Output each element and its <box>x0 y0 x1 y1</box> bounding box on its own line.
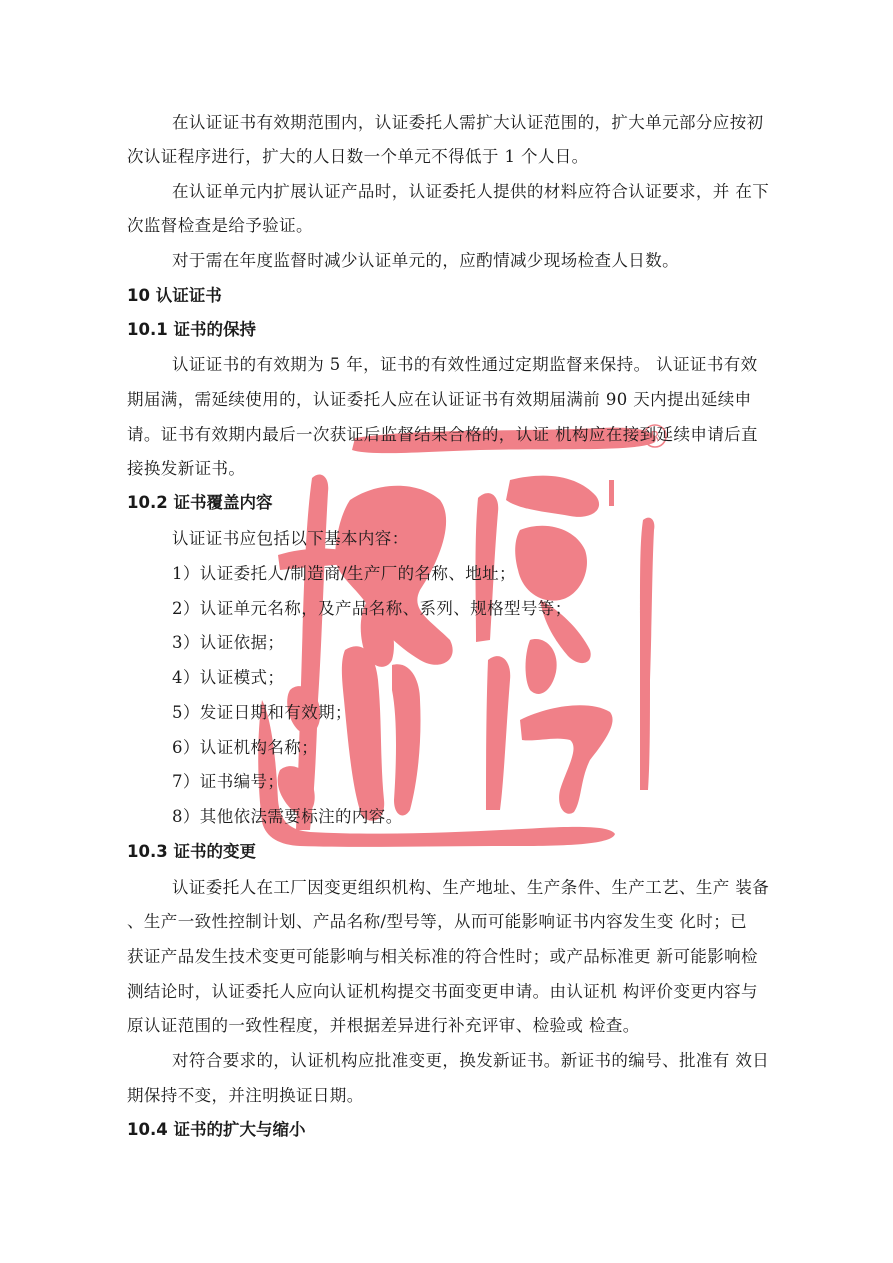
paragraph-line: 获证产品发生技术变更可能影响与相关标准的符合性时；或产品标准更 新可能影响检 <box>127 946 758 968</box>
paragraph-line: 次监督检查是给予验证。 <box>127 215 313 237</box>
paragraph-line: 、生产一致性控制计划、产品名称/型号等，从而可能影响证书内容发生变 化时；已 <box>127 911 747 933</box>
paragraph-line: 接换发新证书。 <box>127 458 245 480</box>
paragraph-line: 对符合要求的，认证机构应批准变更，换发新证书。新证书的编号、批准有 效日 <box>172 1050 769 1072</box>
paragraph-line: 在认证证书有效期范围内，认证委托人需扩大认证范围的，扩大单元部分应按初 <box>172 112 764 134</box>
section-heading-10-2: 10.2 证书覆盖内容 <box>127 492 272 514</box>
paragraph-line: 认证委托人在工厂因变更组织机构、生产地址、生产条件、生产工艺、生产 装备 <box>172 877 769 899</box>
paragraph-line: 原认证范围的一致性程度，并根据差异进行补充评审、检验或 检查。 <box>127 1015 640 1037</box>
list-item: 5）发证日期和有效期； <box>172 702 352 724</box>
list-item: 3）认证依据； <box>172 632 284 654</box>
paragraph-line: 期保持不变，并注明换证日期。 <box>127 1085 364 1107</box>
list-item: 8）其他依法需要标注的内容。 <box>172 806 403 828</box>
section-heading-10: 10 认证证书 <box>127 285 222 307</box>
section-heading-10-3: 10.3 证书的变更 <box>127 841 256 863</box>
paragraph-line: 在认证单元内扩展认证产品时，认证委托人提供的材料应符合认证要求，并 在下 <box>172 181 769 203</box>
list-item: 7）证书编号； <box>172 771 284 793</box>
paragraph-line: 请。证书有效期内最后一次获证后监督结果合格的，认证 机构应在接到延续申请后直 <box>127 424 758 446</box>
list-item: 1）认证委托人/制造商/生产厂的名称、地址； <box>172 563 516 585</box>
paragraph-line: 对于需在年度监督时减少认证单元的，应酌情减少现场检查人日数。 <box>172 250 679 272</box>
document-page: R 在认证证书有效期范围内，认证委托人需扩大认证范围的，扩大单元部分应按初 次认… <box>0 0 893 1263</box>
paragraph-line: 认证证书的有效期为 5 年，证书的有效性通过定期监督来保持。 认证证书有效 <box>172 354 758 376</box>
document-content: 在认证证书有效期范围内，认证委托人需扩大认证范围的，扩大单元部分应按初 次认证程… <box>0 0 893 1263</box>
list-item: 2）认证单元名称，及产品名称、系列、规格型号等； <box>172 598 572 620</box>
paragraph-line: 期届满，需延续使用的，认证委托人应在认证证书有效期届满前 90 天内提出延续申 <box>127 389 752 411</box>
paragraph-line: 测结论时，认证委托人应向认证机构提交书面变更申请。由认证机 构评价变更内容与 <box>127 981 758 1003</box>
list-item: 6）认证机构名称； <box>172 737 318 759</box>
section-heading-10-1: 10.1 证书的保持 <box>127 319 256 341</box>
list-intro: 认证证书应包括以下基本内容： <box>172 528 409 550</box>
paragraph-line: 次认证程序进行，扩大的人日数一个单元不得低于 1 个人日。 <box>127 146 589 168</box>
list-item: 4）认证模式； <box>172 667 284 689</box>
section-heading-10-4: 10.4 证书的扩大与缩小 <box>127 1119 305 1141</box>
